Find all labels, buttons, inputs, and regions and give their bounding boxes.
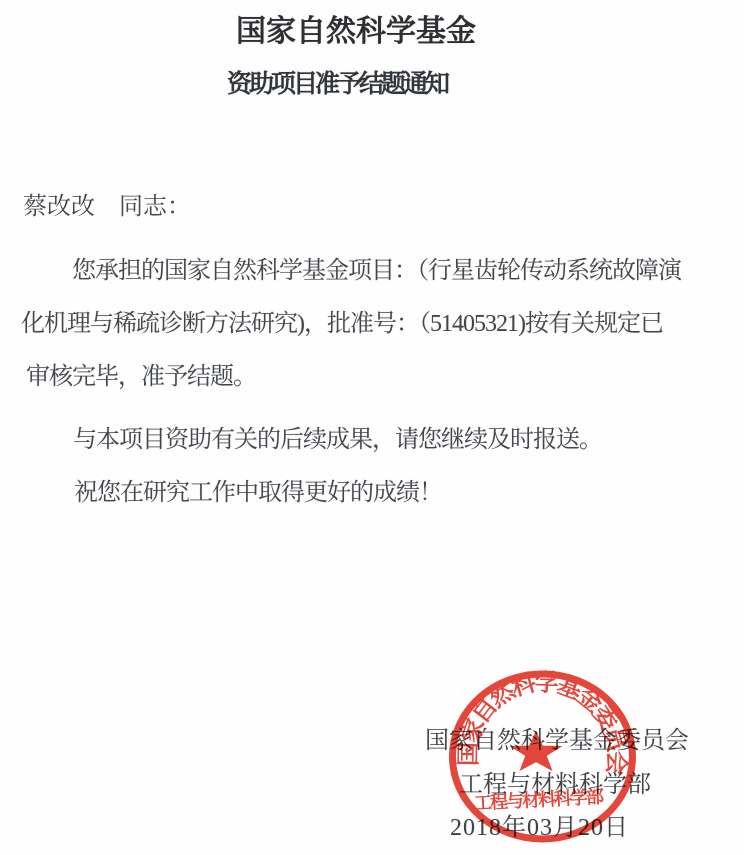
document-subtitle: 资助项目准予结题通知: [227, 64, 447, 100]
body-line: 化机理与稀疏诊断方法研究)，批准号：（51405321)按有关规定已: [21, 303, 663, 338]
seal-star-icon: [509, 731, 562, 772]
body-line: 审核完毕，准予结题。: [26, 356, 256, 391]
body-line: 您承担的国家自然科学基金项目：（行星齿轮传动系统故障演: [72, 250, 681, 285]
seal-department-text: 工程与材料科学部: [474, 786, 605, 814]
document-title: 国家自然科学基金: [236, 6, 476, 50]
salutation: 蔡改改 同志：: [23, 186, 191, 221]
notice-document: 国家自然科学基金 资助项目准予结题通知 蔡改改 同志： 您承担的国家自然科学基金…: [0, 0, 744, 855]
body-line: 祝您在研究工作中取得更好的成绩！: [74, 472, 442, 507]
body-line: 与本项目资助有关的后续成果，请您继续及时报送。: [73, 419, 602, 454]
official-seal: 国家自然科学基金委员会 工程与材料科学部: [448, 670, 637, 843]
official-seal-graphic: 国家自然科学基金委员会 工程与材料科学部: [448, 670, 637, 843]
